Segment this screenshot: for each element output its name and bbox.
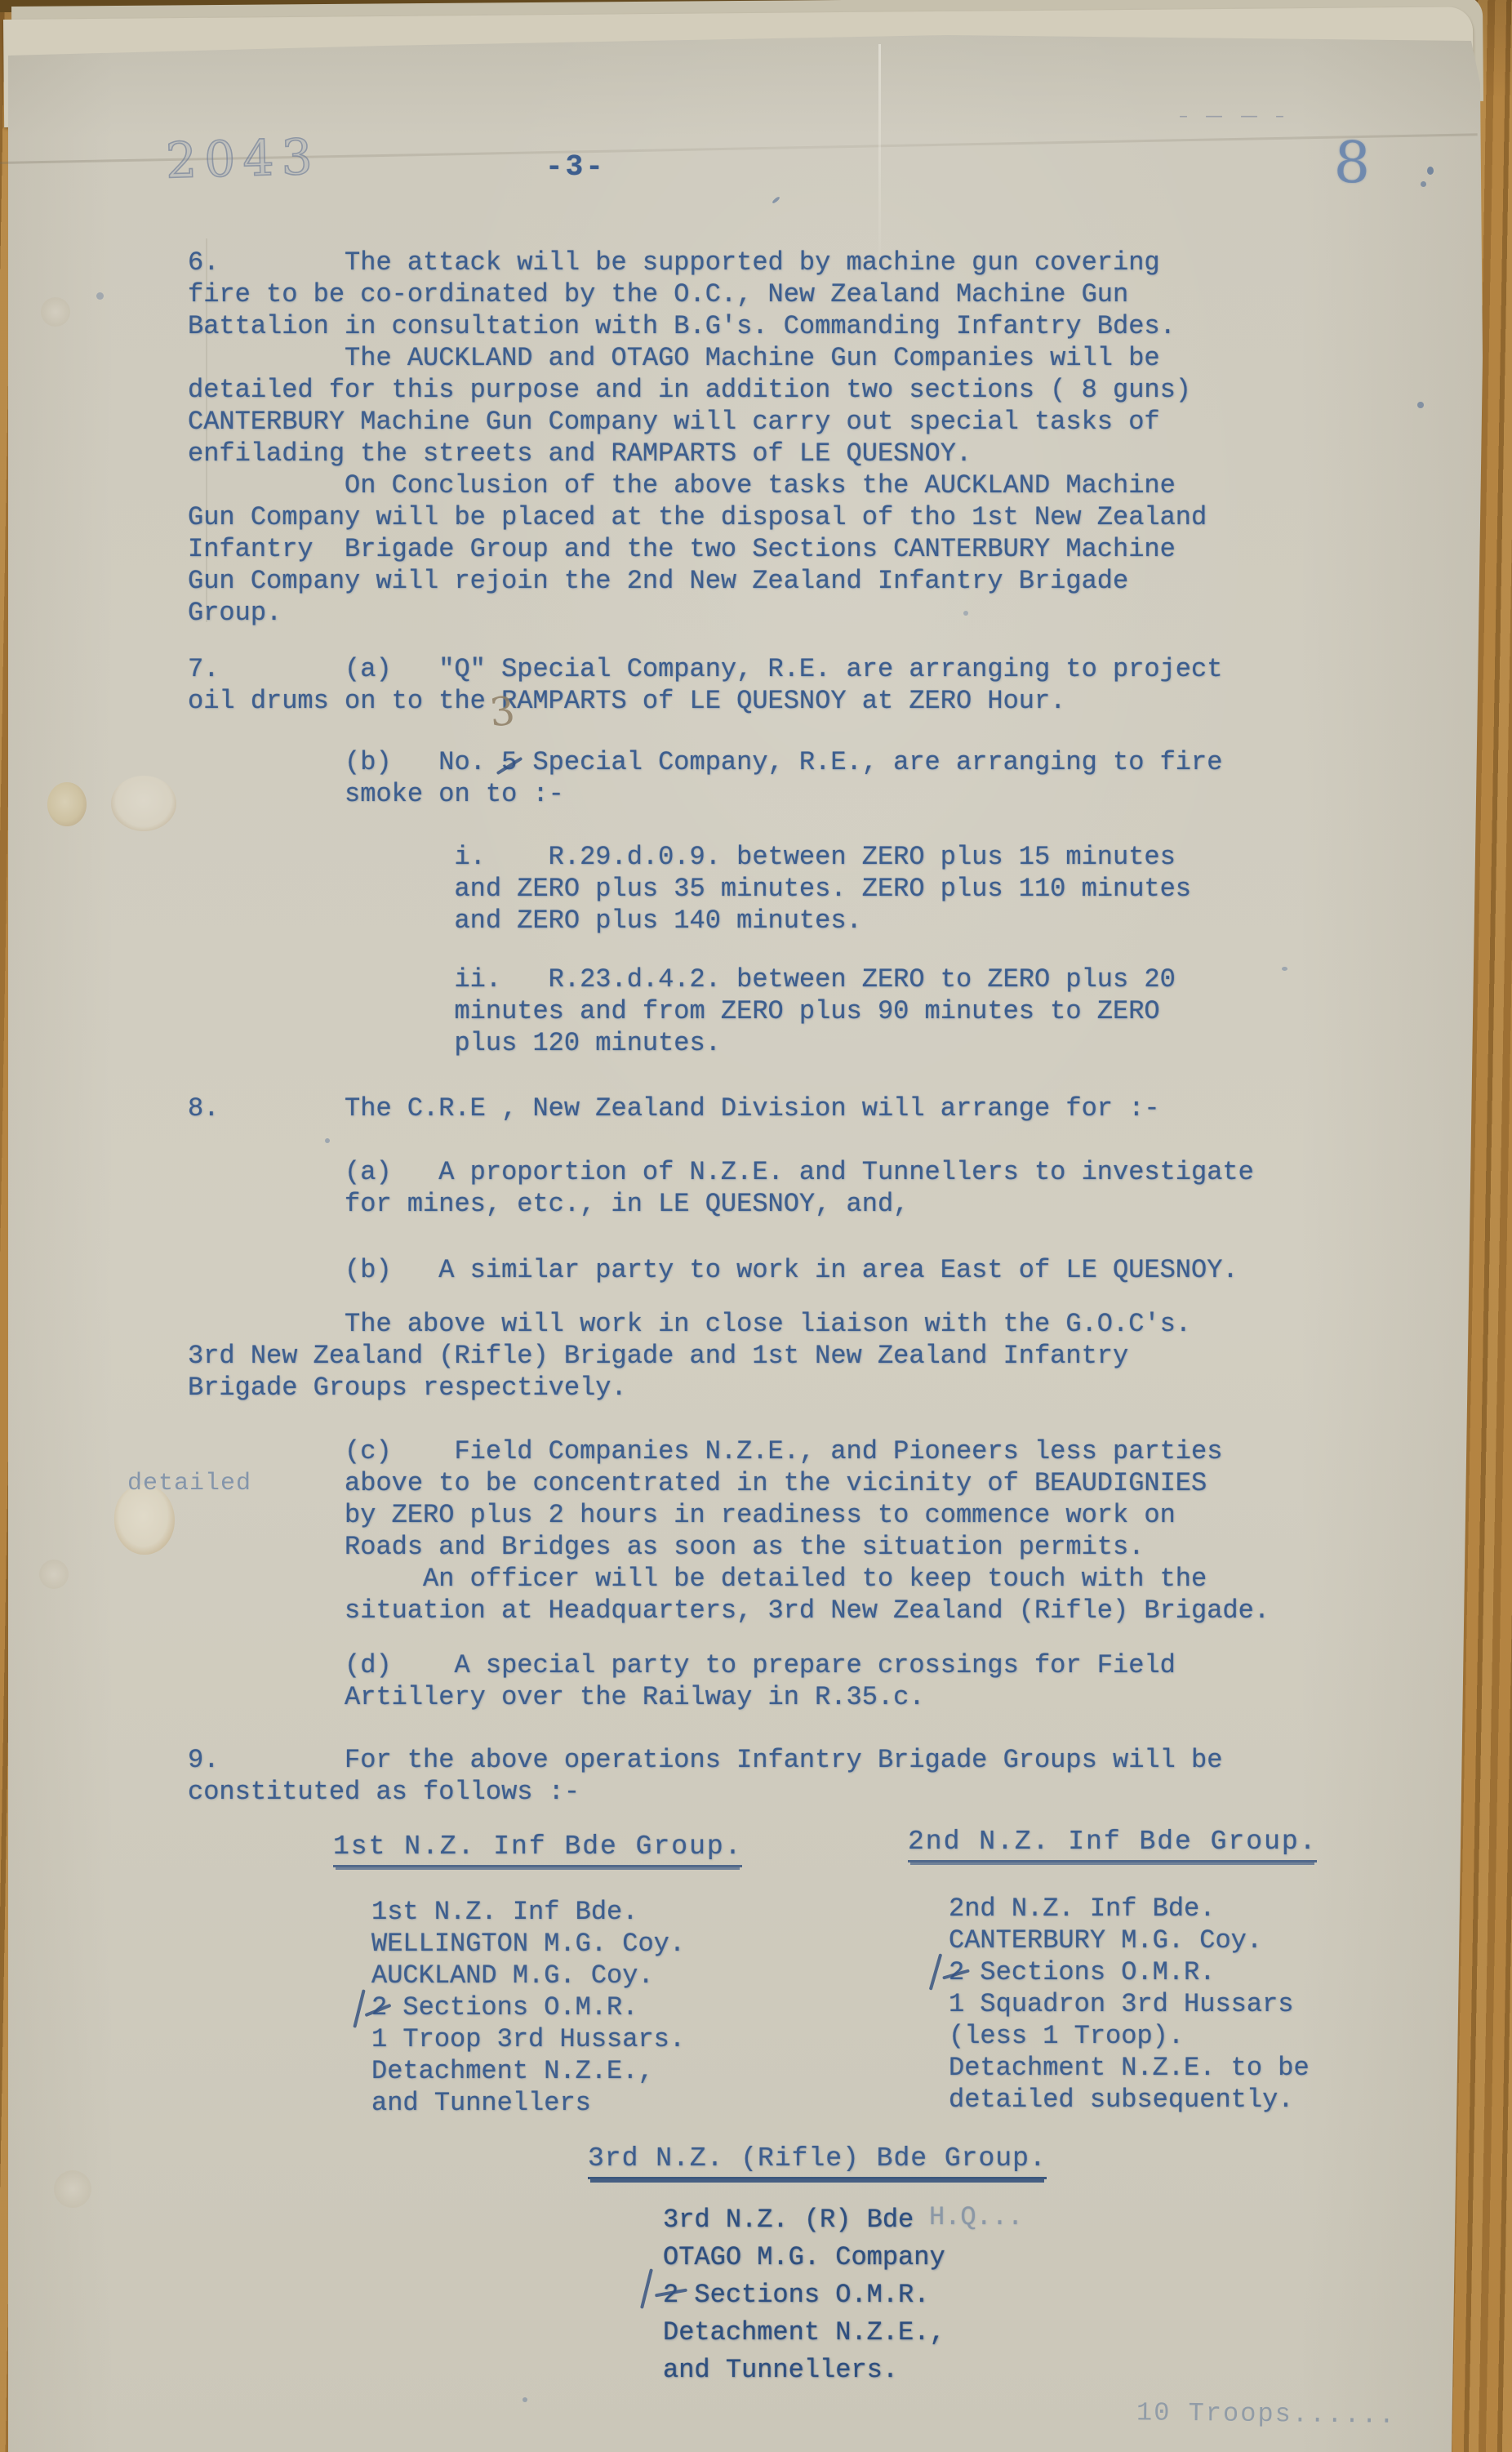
pen-strike: [364, 2004, 391, 2017]
pen-slash: [640, 2268, 653, 2308]
scanned-document-page: { "document": { "stamp_number": "2043", …: [0, 0, 1512, 2452]
pen-strike: [655, 2289, 687, 2298]
pen-strike: [942, 1969, 970, 1979]
pen-marks-layer: [0, 0, 1512, 2452]
pen-strike: [496, 757, 523, 775]
pen-slash: [929, 1953, 943, 1990]
pen-slash: [353, 1989, 365, 2028]
